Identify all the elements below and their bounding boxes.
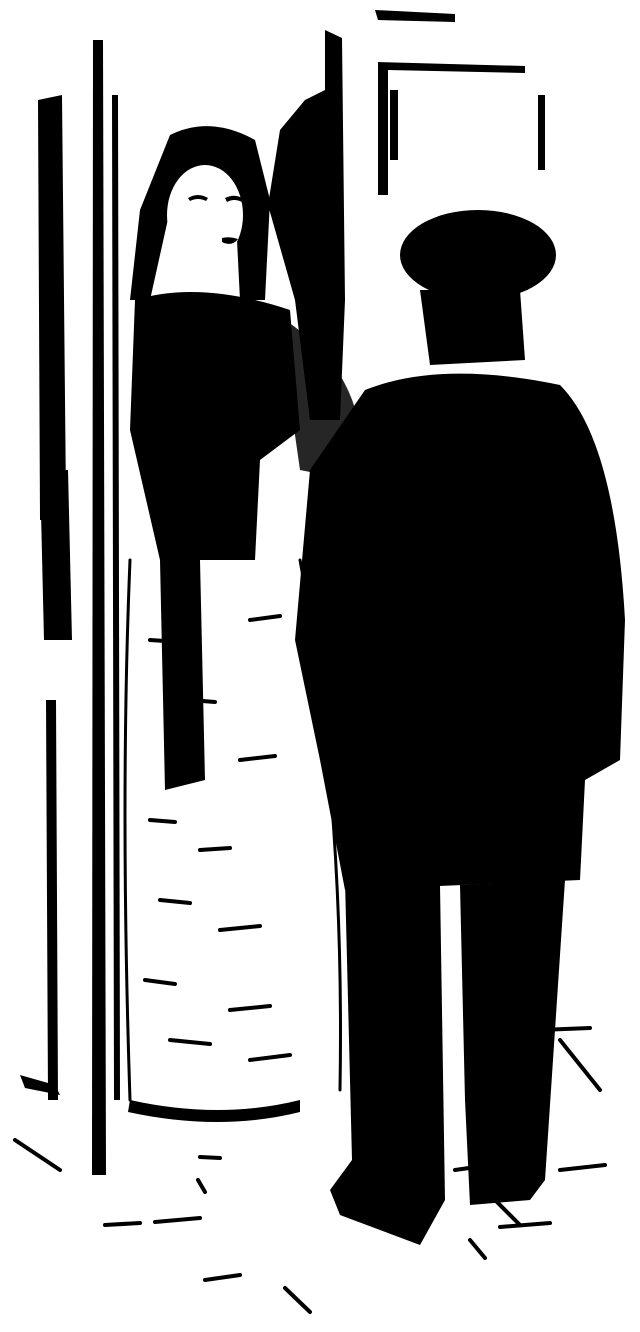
engraving-illustration [0,0,640,1332]
